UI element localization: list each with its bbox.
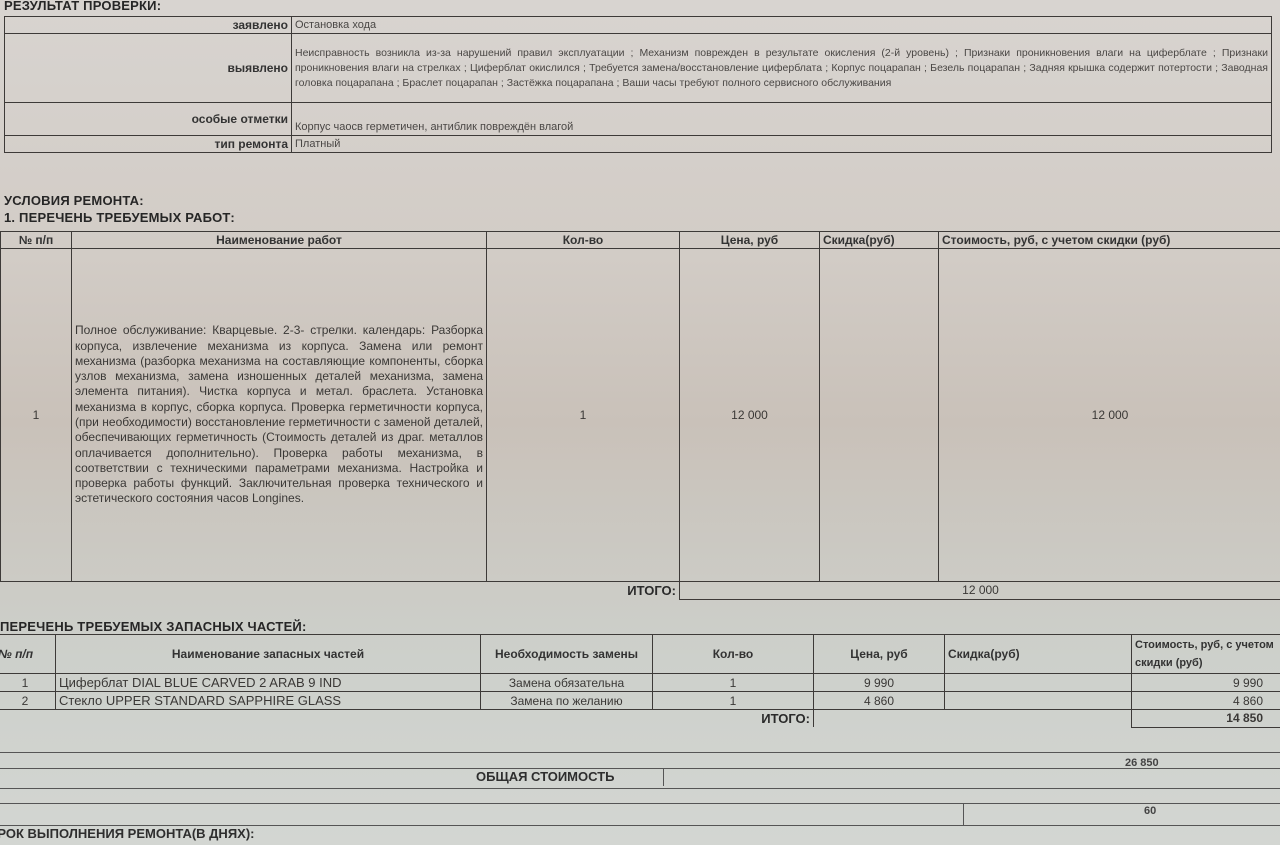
works-row-qty: 1 — [487, 249, 680, 582]
works-row-price: 12 000 — [680, 249, 820, 582]
divider — [0, 752, 1280, 753]
inspection-row-notes: особые отметки Корпус чаосв герметичен, … — [5, 103, 1272, 136]
parts-col-need: Необходимость замены — [481, 635, 653, 674]
divider — [0, 788, 1280, 789]
inspection-title: РЕЗУЛЬТАТ ПРОВЕРКИ: — [4, 0, 161, 13]
parts-header: № п/п Наименование запасных частей Необх… — [0, 635, 1280, 674]
parts-col-total: Стоимость, руб, с учетом скидки (руб) — [1132, 635, 1280, 674]
parts-row-total: 4 860 — [1132, 692, 1280, 710]
parts-col-qty: Кол-во — [653, 635, 814, 674]
divider — [0, 768, 1280, 769]
inspection-table: заявлено Остановка хода выявлено Неиспра… — [4, 16, 1272, 153]
inspection-row-found: выявлено Неисправность возникла из-за на… — [5, 34, 1272, 103]
parts-row-discount — [945, 674, 1132, 692]
works-row-number: 1 — [1, 249, 72, 582]
parts-row-need: Замена по желанию — [481, 692, 653, 710]
parts-row-discount — [945, 692, 1132, 710]
parts-total-value: 14 850 — [1132, 710, 1280, 728]
works-total-value: 12 000 — [680, 582, 1280, 600]
parts-col-name: Наименование запасных частей — [56, 635, 481, 674]
parts-row-name: Циферблат DIAL BLUE CARVED 2 ARAB 9 IND — [56, 674, 481, 692]
works-row-discount — [820, 249, 939, 582]
parts-total-spacer — [814, 710, 1132, 728]
parts-row: 1 Циферблат DIAL BLUE CARVED 2 ARAB 9 IN… — [0, 674, 1280, 692]
conditions-title: УСЛОВИЯ РЕМОНТА: — [4, 193, 144, 208]
works-row: 1 Полное обслуживание: Кварцевые. 2-3- с… — [1, 249, 1280, 582]
notes-value: Корпус чаосв герметичен, антиблик повреж… — [292, 103, 1272, 136]
works-col-discount: Скидка(руб) — [820, 232, 939, 249]
repair-type-value: Платный — [292, 136, 1272, 153]
parts-row-need: Замена обязательна — [481, 674, 653, 692]
found-value: Неисправность возникла из-за нарушений п… — [292, 34, 1272, 103]
inspection-row-repair-type: тип ремонта Платный — [5, 136, 1272, 153]
parts-col-discount: Скидка(руб) — [945, 635, 1132, 674]
found-label: выявлено — [5, 34, 292, 103]
notes-label: особые отметки — [5, 103, 292, 136]
declared-label: заявлено — [5, 17, 292, 34]
parts-total-row: ИТОГО: 14 850 — [0, 710, 1280, 728]
parts-row-number: 2 — [0, 692, 56, 710]
parts-table: № п/п Наименование запасных частей Необх… — [0, 634, 1280, 728]
grand-total-label: ОБЩАЯ СТОИМОСТЬ — [476, 769, 614, 784]
works-col-number: № п/п — [1, 232, 72, 249]
works-total-row: ИТОГО: 12 000 — [1, 582, 1280, 600]
declared-value: Остановка хода — [292, 17, 1272, 34]
works-title: 1. ПЕРЕЧЕНЬ ТРЕБУЕМЫХ РАБОТ: — [4, 210, 235, 225]
parts-row-total: 9 990 — [1132, 674, 1280, 692]
works-row-total: 12 000 — [939, 249, 1280, 582]
parts-row-price: 4 860 — [814, 692, 945, 710]
parts-row-price: 9 990 — [814, 674, 945, 692]
repair-days-label: СРОК ВЫПОЛНЕНИЯ РЕМОНТА(В ДНЯХ): — [0, 826, 255, 841]
divider — [0, 803, 1280, 804]
works-total-label: ИТОГО: — [1, 582, 680, 600]
parts-row-name: Стекло UPPER STANDARD SAPPHIRE GLASS — [56, 692, 481, 710]
repair-type-label: тип ремонта — [5, 136, 292, 153]
works-col-qty: Кол-во — [487, 232, 680, 249]
works-col-name: Наименование работ — [72, 232, 487, 249]
works-col-price: Цена, руб — [680, 232, 820, 249]
repair-days-value: 60 — [1144, 805, 1156, 817]
parts-col-number: № п/п — [0, 635, 56, 674]
parts-row-qty: 1 — [653, 674, 814, 692]
parts-col-price: Цена, руб — [814, 635, 945, 674]
works-col-total: Стоимость, руб, с учетом скидки (руб) — [939, 232, 1280, 249]
divider — [963, 803, 964, 825]
works-header: № п/п Наименование работ Кол-во Цена, ру… — [1, 232, 1280, 249]
parts-row: 2 Стекло UPPER STANDARD SAPPHIRE GLASS З… — [0, 692, 1280, 710]
works-row-name: Полное обслуживание: Кварцевые. 2-3- стр… — [72, 249, 487, 582]
inspection-row-declared: заявлено Остановка хода — [5, 17, 1272, 34]
parts-total-label: ИТОГО: — [0, 710, 814, 728]
parts-row-qty: 1 — [653, 692, 814, 710]
parts-row-number: 1 — [0, 674, 56, 692]
parts-title: ПЕРЕЧЕНЬ ТРЕБУЕМЫХ ЗАПАСНЫХ ЧАСТЕЙ: — [0, 619, 307, 634]
works-table: № п/п Наименование работ Кол-во Цена, ру… — [0, 231, 1280, 600]
divider — [663, 768, 664, 786]
